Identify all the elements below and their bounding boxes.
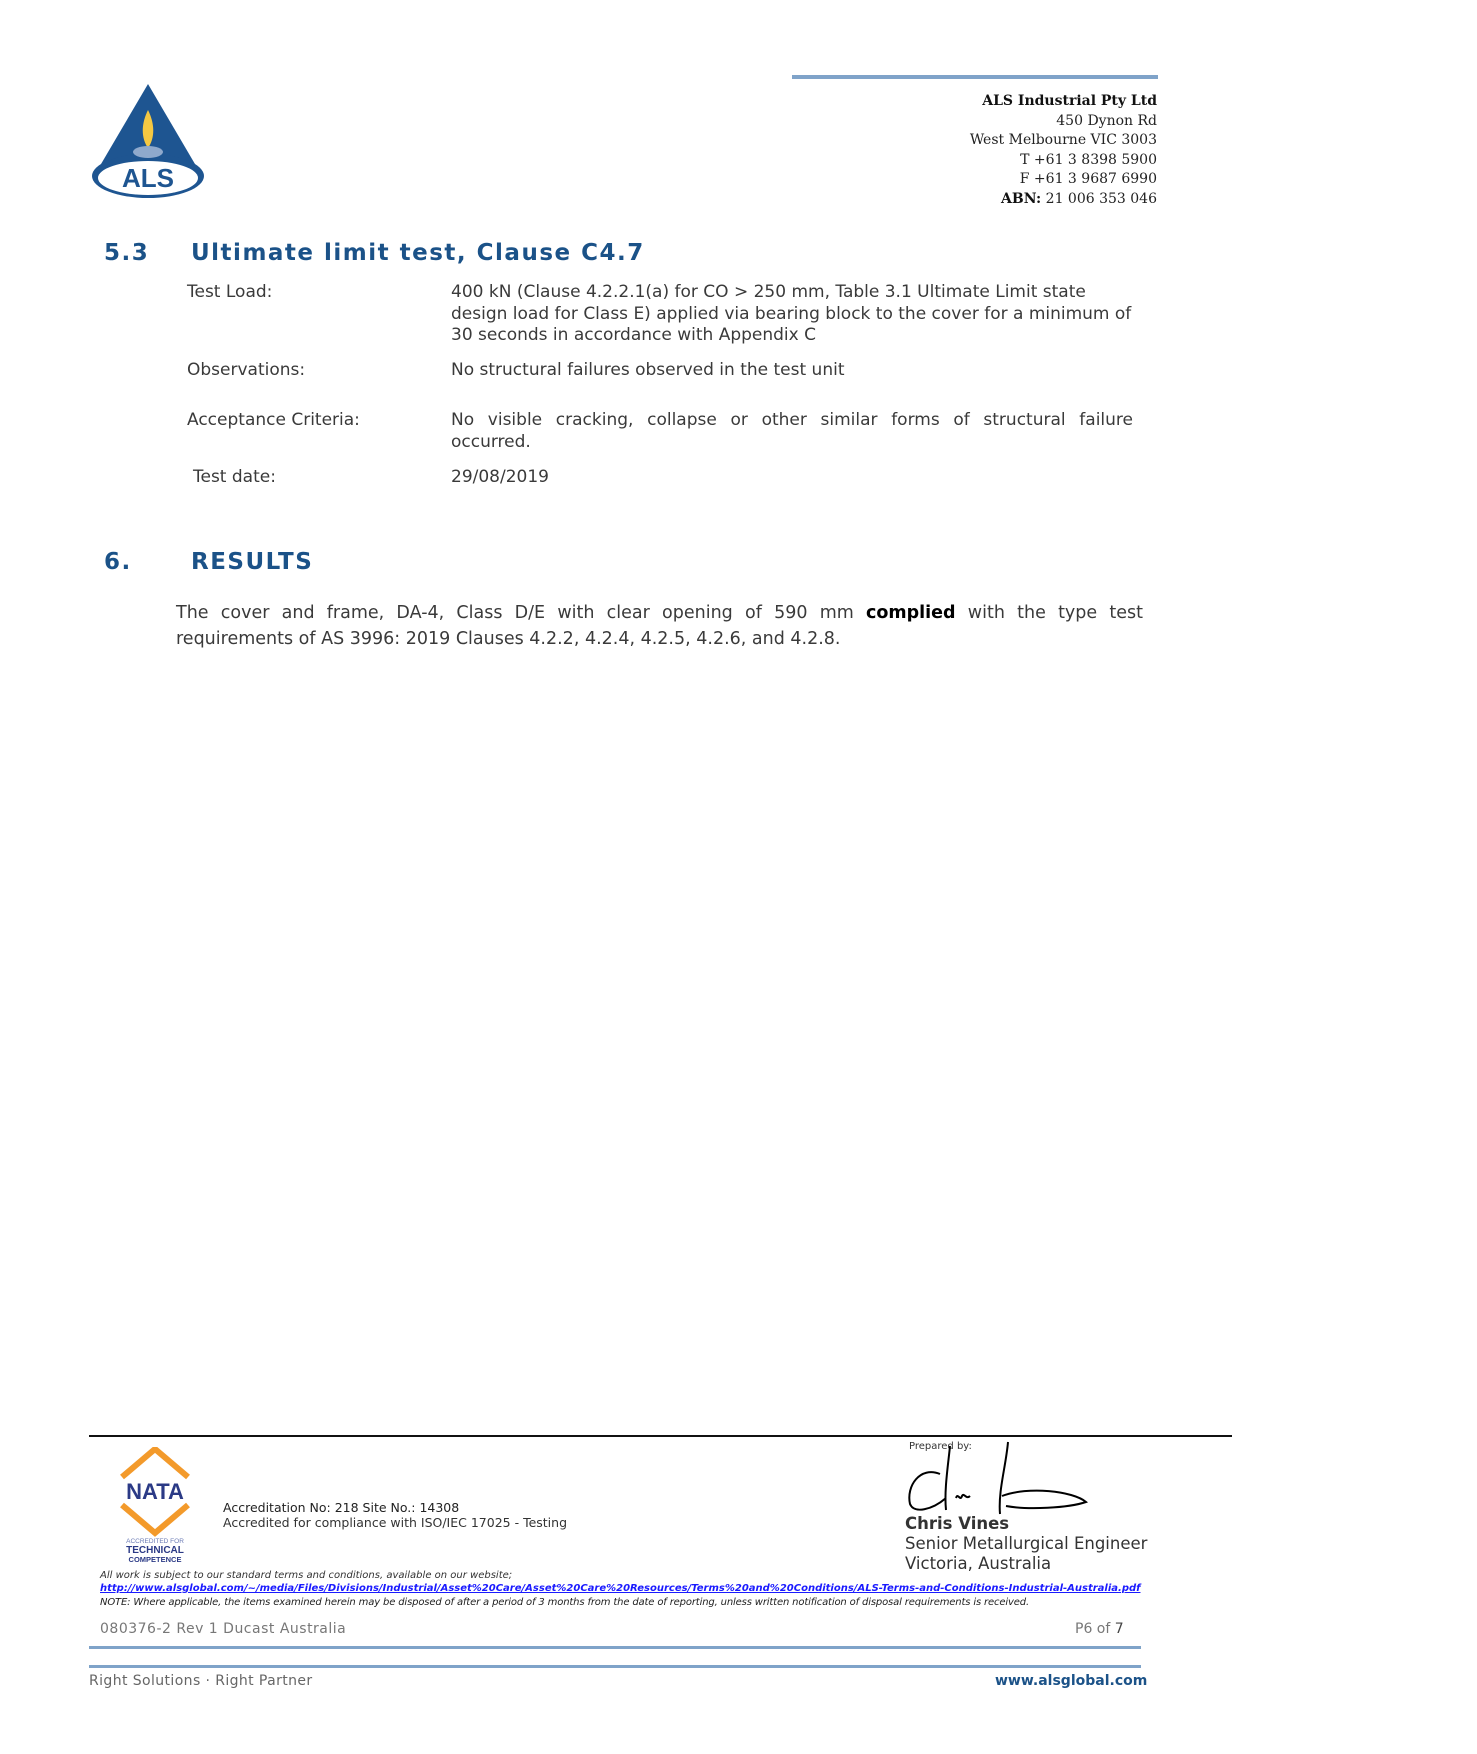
compliance-statement: Accredited for compliance with ISO/IEC 1…: [223, 1515, 567, 1530]
fax-number: F +61 3 9687 6990: [970, 170, 1157, 190]
page-number-prefix: P6 of: [1075, 1621, 1115, 1637]
footer-rule-blue-1: [89, 1646, 1141, 1649]
address-line-2: West Melbourne VIC 3003: [970, 131, 1157, 151]
svg-text:ALS: ALS: [122, 163, 174, 193]
results-complied: complied: [866, 603, 956, 623]
footer-rule-blue-2: [89, 1665, 1141, 1668]
page-number: P6 of 7: [1075, 1621, 1124, 1637]
svg-text:NATA: NATA: [126, 1479, 184, 1504]
company-name: ALS Industrial Pty Ltd: [970, 92, 1157, 112]
abn-label: ABN:: [1001, 191, 1041, 207]
test-date-label: Test date:: [193, 467, 276, 487]
document-reference: 080376-2 Rev 1 Ducast Australia: [100, 1621, 346, 1637]
section-6-title: RESULTS: [191, 549, 313, 575]
results-paragraph: The cover and frame, DA-4, Class D/E wit…: [176, 600, 1143, 652]
website-link[interactable]: www.alsglobal.com: [995, 1673, 1147, 1689]
section-5-3-number: 5.3: [104, 240, 149, 266]
header-rule: [792, 75, 1158, 79]
section-6-number: 6.: [104, 549, 132, 575]
acceptance-criteria-label: Acceptance Criteria:: [187, 410, 360, 430]
acceptance-criteria-value: No visible cracking, collapse or other s…: [451, 410, 1133, 453]
svg-text:COMPETENCE: COMPETENCE: [129, 1555, 182, 1563]
observations-value: No structural failures observed in the t…: [451, 360, 1133, 382]
phone-number: T +61 3 8398 5900: [970, 151, 1157, 171]
test-load-value: 400 kN (Clause 4.2.2.1(a) for CO > 250 m…: [451, 282, 1133, 347]
accreditation-number: Accreditation No: 218 Site No.: 14308: [223, 1500, 567, 1515]
page-total: 7: [1115, 1621, 1124, 1637]
section-5-3-title: Ultimate limit test, Clause C4.7: [191, 240, 645, 266]
svg-text:ACCREDITED FOR: ACCREDITED FOR: [126, 1538, 184, 1545]
tagline: Right Solutions · Right Partner: [89, 1673, 313, 1689]
address-line-1: 450 Dynon Rd: [970, 112, 1157, 132]
disposal-note: NOTE: Where applicable, the items examin…: [100, 1597, 1115, 1608]
observations-label: Observations:: [187, 360, 305, 380]
abn: ABN: 21 006 353 046: [970, 190, 1157, 210]
signatory-name: Chris Vines: [905, 1514, 1009, 1533]
nata-logo: NATA ACCREDITED FOR TECHNICAL COMPETENCE: [114, 1447, 196, 1563]
signature: [898, 1436, 1108, 1518]
terms-text: All work is subject to our standard term…: [100, 1570, 512, 1581]
test-load-label: Test Load:: [187, 282, 272, 302]
results-text-before: The cover and frame, DA-4, Class D/E wit…: [176, 603, 866, 623]
abn-value: 21 006 353 046: [1041, 191, 1157, 207]
company-address: ALS Industrial Pty Ltd 450 Dynon Rd West…: [970, 92, 1157, 209]
signatory-location: Victoria, Australia: [905, 1554, 1051, 1574]
als-logo: ALS: [86, 84, 210, 204]
accreditation-block: Accreditation No: 218 Site No.: 14308 Ac…: [223, 1500, 567, 1530]
test-date-value: 29/08/2019: [451, 467, 1133, 489]
signatory-role: Senior Metallurgical Engineer: [905, 1534, 1147, 1554]
terms-link[interactable]: http://www.alsglobal.com/~/media/Files/D…: [100, 1583, 1140, 1594]
